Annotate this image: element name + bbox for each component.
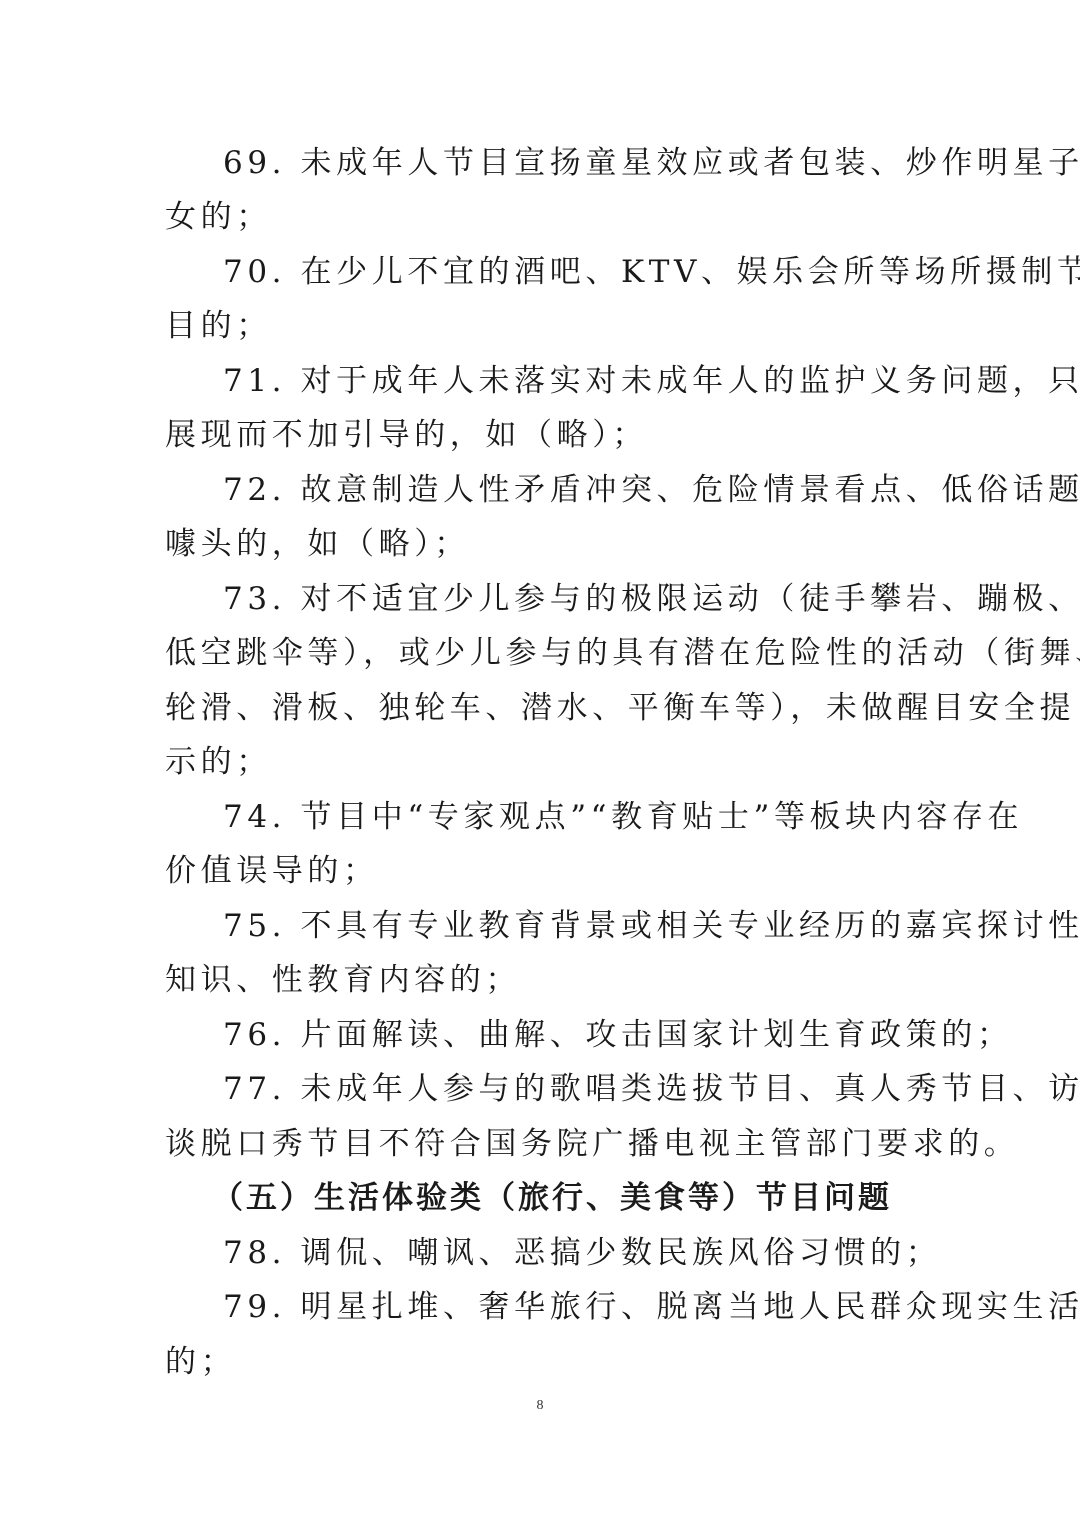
item-70-line-2: 目的； bbox=[165, 301, 917, 351]
document-page: 69. 未成年人节目宣扬童星效应或者包装、炒作明星子 女的； 70. 在少儿不宜… bbox=[0, 0, 1080, 1527]
item-75-line-1: 75. 不具有专业教育背景或相关专业经历的嘉宾探讨性 bbox=[223, 901, 917, 951]
item-69-line-2: 女的； bbox=[165, 192, 917, 242]
item-73-line-1: 73. 对不适宜少儿参与的极限运动（徒手攀岩、蹦极、 bbox=[223, 574, 917, 624]
item-69-line-1: 69. 未成年人节目宣扬童星效应或者包装、炒作明星子 bbox=[223, 138, 917, 188]
item-79-line-1: 79. 明星扎堆、奢华旅行、脱离当地人民群众现实生活 bbox=[223, 1282, 917, 1332]
item-79-line-2: 的； bbox=[165, 1337, 917, 1387]
item-73-line-3: 轮滑、滑板、独轮车、潜水、平衡车等），未做醒目安全提 bbox=[165, 683, 917, 733]
page-number: 8 bbox=[0, 1398, 1080, 1414]
item-73-line-2: 低空跳伞等），或少儿参与的具有潜在危险性的活动（街舞、 bbox=[165, 628, 917, 678]
item-72-line-1: 72. 故意制造人性矛盾冲突、危险情景看点、低俗话题 bbox=[223, 465, 917, 515]
item-72-line-2: 噱头的，如（略）； bbox=[165, 519, 917, 569]
item-74-line-2: 价值误导的； bbox=[165, 846, 917, 896]
section-heading-five: （五）生活体验类（旅行、美食等）节目问题 bbox=[212, 1173, 964, 1223]
item-71-line-2: 展现而不加引导的，如（略）； bbox=[165, 410, 917, 460]
item-76-line-1: 76. 片面解读、曲解、攻击国家计划生育政策的； bbox=[223, 1010, 917, 1060]
item-73-line-4: 示的； bbox=[165, 737, 917, 787]
item-71-line-1: 71. 对于成年人未落实对未成年人的监护义务问题，只 bbox=[223, 356, 917, 406]
item-75-line-2: 知识、性教育内容的； bbox=[165, 955, 917, 1005]
item-78-line-1: 78. 调侃、嘲讽、恶搞少数民族风俗习惯的； bbox=[223, 1228, 917, 1278]
item-77-line-1: 77. 未成年人参与的歌唱类选拔节目、真人秀节目、访 bbox=[223, 1064, 917, 1114]
item-70-line-1: 70. 在少儿不宜的酒吧、KTV、娱乐会所等场所摄制节 bbox=[223, 247, 917, 297]
item-74-line-1: 74. 节目中“专家观点”“教育贴士”等板块内容存在 bbox=[223, 792, 917, 842]
item-77-line-2: 谈脱口秀节目不符合国务院广播电视主管部门要求的。 bbox=[165, 1119, 917, 1169]
